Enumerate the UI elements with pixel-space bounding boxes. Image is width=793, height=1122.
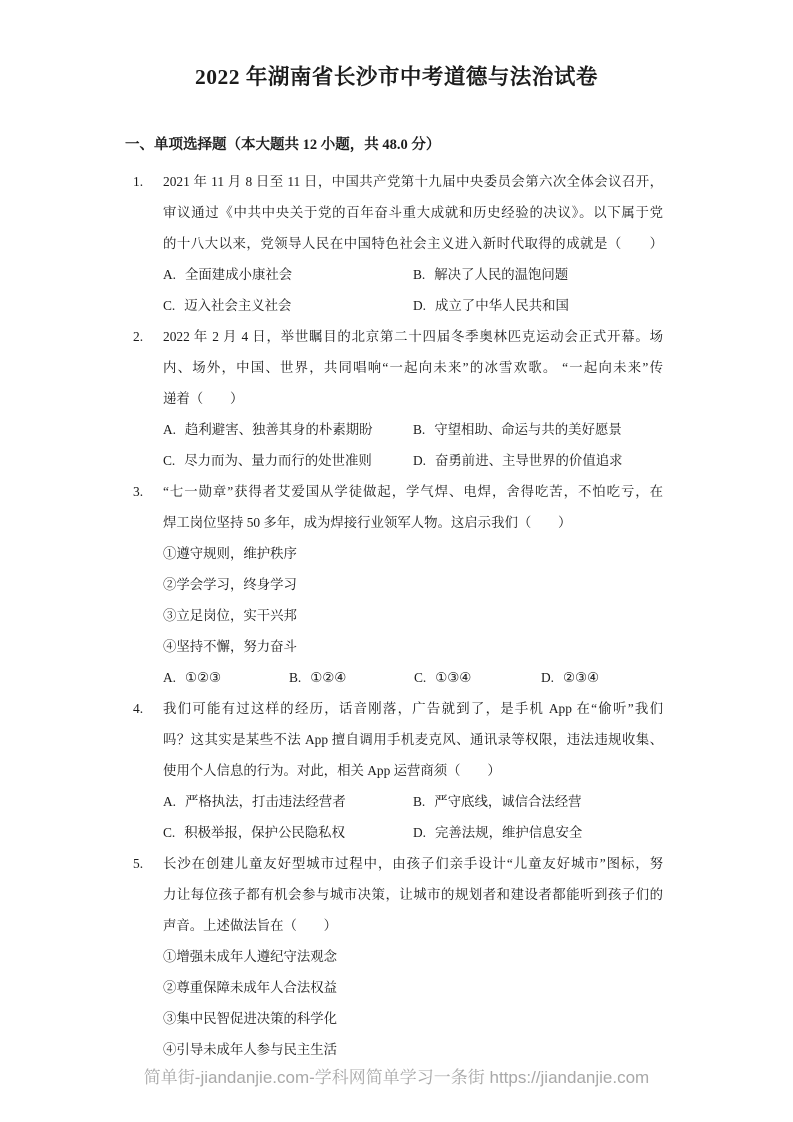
option-C: C.尽力而为、量力而行的处世准则 — [163, 445, 413, 476]
option-text: ①②③ — [185, 670, 221, 685]
options-row: C.尽力而为、量力而行的处世准则D.奋勇前进、主导世界的价值追求 — [163, 445, 663, 476]
option-C: C.积极举报，保护公民隐私权 — [163, 817, 413, 848]
question-number: 1. — [133, 166, 163, 321]
statement-line: ③集中民智促进决策的科学化 — [163, 1003, 663, 1034]
option-D: D.奋勇前进、主导世界的价值追求 — [413, 445, 623, 476]
stem-line: 使用个人信息的行为。对此，相关 App 运营商须（ ） — [163, 755, 663, 786]
question-2: 2.2022 年 2 月 4 日，举世瞩目的北京第二十四届冬季奥林匹克运动会正式… — [133, 321, 663, 476]
question-3: 3.“七一勋章”获得者艾爱国从学徒做起，学气焊、电焊，舍得吃苦，不怕吃亏，在焊工… — [133, 476, 663, 693]
option-D: D.完善法规，维护信息安全 — [413, 817, 582, 848]
option-D: D.②③④ — [541, 662, 599, 693]
question-5: 5.长沙在创建儿童友好型城市过程中，由孩子们亲手设计“儿童友好城市”图标，努力让… — [133, 848, 663, 1065]
option-label: B. — [413, 794, 425, 809]
question-number: 5. — [133, 848, 163, 1065]
option-label: B. — [413, 422, 425, 437]
option-label: D. — [413, 298, 426, 313]
stem-line: 2021 年 11 月 8 日至 11 日，中国共产党第十九届中央委员会第六次全… — [163, 166, 663, 197]
statement-line: ④引导未成年人参与民主生活 — [163, 1034, 663, 1065]
option-text: 解决了人民的温饱问题 — [434, 267, 568, 282]
option-label: C. — [414, 670, 426, 685]
option-label: C. — [163, 298, 175, 313]
option-text: ①③④ — [435, 670, 471, 685]
option-A: A.①②③ — [163, 662, 289, 693]
question-1: 1.2021 年 11 月 8 日至 11 日，中国共产党第十九届中央委员会第六… — [133, 166, 663, 321]
option-text: 守望相助、命运与共的美好愿景 — [434, 422, 621, 437]
option-label: D. — [413, 453, 426, 468]
stem-line: 内、场外，中国、世界，共同唱响“一起向未来”的冰雪欢歌。 “一起向未来”传 — [163, 352, 663, 383]
question-body: 我们可能有过这样的经历，话音刚落，广告就到了，是手机 App 在“偷听”我们吗？… — [163, 693, 663, 848]
option-C: C.迈入社会主义社会 — [163, 290, 413, 321]
option-label: A. — [163, 422, 176, 437]
option-text: 严格执法，打击违法经营者 — [185, 794, 346, 809]
question-body: 2022 年 2 月 4 日，举世瞩目的北京第二十四届冬季奥林匹克运动会正式开幕… — [163, 321, 663, 476]
option-text: 严守底线，诚信合法经营 — [434, 794, 581, 809]
options-row: A.①②③B.①②④C.①③④D.②③④ — [163, 662, 663, 693]
question-4: 4.我们可能有过这样的经历，话音刚落，广告就到了，是手机 App 在“偷听”我们… — [133, 693, 663, 848]
question-body: 长沙在创建儿童友好型城市过程中，由孩子们亲手设计“儿童友好城市”图标，努力让每位… — [163, 848, 663, 1065]
options-row: A.趋利避害、独善其身的朴素期盼B.守望相助、命运与共的美好愿景 — [163, 414, 663, 445]
stem-line: 的十八大以来，党领导人民在中国特色社会主义进入新时代取得的成就是（ ） — [163, 228, 663, 259]
option-label: D. — [413, 825, 426, 840]
option-B: B.解决了人民的温饱问题 — [413, 259, 568, 290]
stem-line: 焊工岗位坚持 50 多年，成为焊接行业领军人物。这启示我们（ ） — [163, 507, 663, 538]
stem-line: 审议通过《中共中央关于党的百年奋斗重大成就和历史经验的决议》。以下属于党 — [163, 197, 663, 228]
stem-line: 吗？这其实是某些不法 App 擅自调用手机麦克风、通讯录等权限，违法违规收集、 — [163, 724, 663, 755]
option-text: ②③④ — [563, 670, 599, 685]
stem-line: 递着（ ） — [163, 383, 663, 414]
stem-line: 力让每位孩子都有机会参与城市决策，让城市的规划者和建设者都能听到孩子们的 — [163, 879, 663, 910]
statement-line: ②尊重保障未成年人合法权益 — [163, 972, 663, 1003]
option-text: 全面建成小康社会 — [185, 267, 292, 282]
footer-watermark: 简单街-jiandanjie.com-学科网简单学习一条街 https://ji… — [0, 1066, 793, 1090]
option-A: A.严格执法，打击违法经营者 — [163, 786, 413, 817]
option-text: 迈入社会主义社会 — [184, 298, 291, 313]
option-text: 趋利避害、独善其身的朴素期盼 — [185, 422, 372, 437]
option-label: C. — [163, 453, 175, 468]
options-row: C.迈入社会主义社会D.成立了中华人民共和国 — [163, 290, 663, 321]
option-text: 积极举报，保护公民隐私权 — [184, 825, 345, 840]
option-label: A. — [163, 670, 176, 685]
option-label: B. — [289, 670, 301, 685]
option-label: B. — [413, 267, 425, 282]
options-row: A.严格执法，打击违法经营者B.严守底线，诚信合法经营 — [163, 786, 663, 817]
exam-paper-page: 2022 年湖南省长沙市中考道德与法治试卷 一、单项选择题（本大题共 12 小题… — [0, 0, 793, 1122]
option-A: A.全面建成小康社会 — [163, 259, 413, 290]
option-label: A. — [163, 267, 176, 282]
option-B: B.守望相助、命运与共的美好愿景 — [413, 414, 622, 445]
page-title: 2022 年湖南省长沙市中考道德与法治试卷 — [0, 62, 793, 92]
option-D: D.成立了中华人民共和国 — [413, 290, 569, 321]
statement-line: ③立足岗位，实干兴邦 — [163, 600, 663, 631]
statement-line: ①增强未成年人遵纪守法观念 — [163, 941, 663, 972]
option-text: 尽力而为、量力而行的处世准则 — [184, 453, 371, 468]
section-heading: 一、单项选择题（本大题共 12 小题，共 48.0 分） — [125, 135, 440, 155]
stem-line: “七一勋章”获得者艾爱国从学徒做起，学气焊、电焊，舍得吃苦，不怕吃亏，在 — [163, 476, 663, 507]
question-number: 3. — [133, 476, 163, 693]
options-row: C.积极举报，保护公民隐私权D.完善法规，维护信息安全 — [163, 817, 663, 848]
option-B: B.①②④ — [289, 662, 414, 693]
stem-line: 我们可能有过这样的经历，话音刚落，广告就到了，是手机 App 在“偷听”我们 — [163, 693, 663, 724]
option-text: 奋勇前进、主导世界的价值追求 — [435, 453, 622, 468]
option-C: C.①③④ — [414, 662, 541, 693]
statement-line: ④坚持不懈，努力奋斗 — [163, 631, 663, 662]
stem-line: 2022 年 2 月 4 日，举世瞩目的北京第二十四届冬季奥林匹克运动会正式开幕… — [163, 321, 663, 352]
option-text: 完善法规，维护信息安全 — [435, 825, 582, 840]
option-label: D. — [541, 670, 554, 685]
option-A: A.趋利避害、独善其身的朴素期盼 — [163, 414, 413, 445]
options-row: A.全面建成小康社会B.解决了人民的温饱问题 — [163, 259, 663, 290]
option-label: C. — [163, 825, 175, 840]
question-number: 2. — [133, 321, 163, 476]
statement-line: ②学会学习，终身学习 — [163, 569, 663, 600]
option-B: B.严守底线，诚信合法经营 — [413, 786, 582, 817]
statement-line: ①遵守规则，维护秩序 — [163, 538, 663, 569]
stem-line: 长沙在创建儿童友好型城市过程中，由孩子们亲手设计“儿童友好城市”图标，努 — [163, 848, 663, 879]
stem-line: 声音。上述做法旨在（ ） — [163, 910, 663, 941]
question-list: 1.2021 年 11 月 8 日至 11 日，中国共产党第十九届中央委员会第六… — [133, 166, 663, 1065]
question-number: 4. — [133, 693, 163, 848]
option-text: 成立了中华人民共和国 — [435, 298, 569, 313]
question-body: “七一勋章”获得者艾爱国从学徒做起，学气焊、电焊，舍得吃苦，不怕吃亏，在焊工岗位… — [163, 476, 663, 693]
option-label: A. — [163, 794, 176, 809]
option-text: ①②④ — [310, 670, 346, 685]
question-body: 2021 年 11 月 8 日至 11 日，中国共产党第十九届中央委员会第六次全… — [163, 166, 663, 321]
